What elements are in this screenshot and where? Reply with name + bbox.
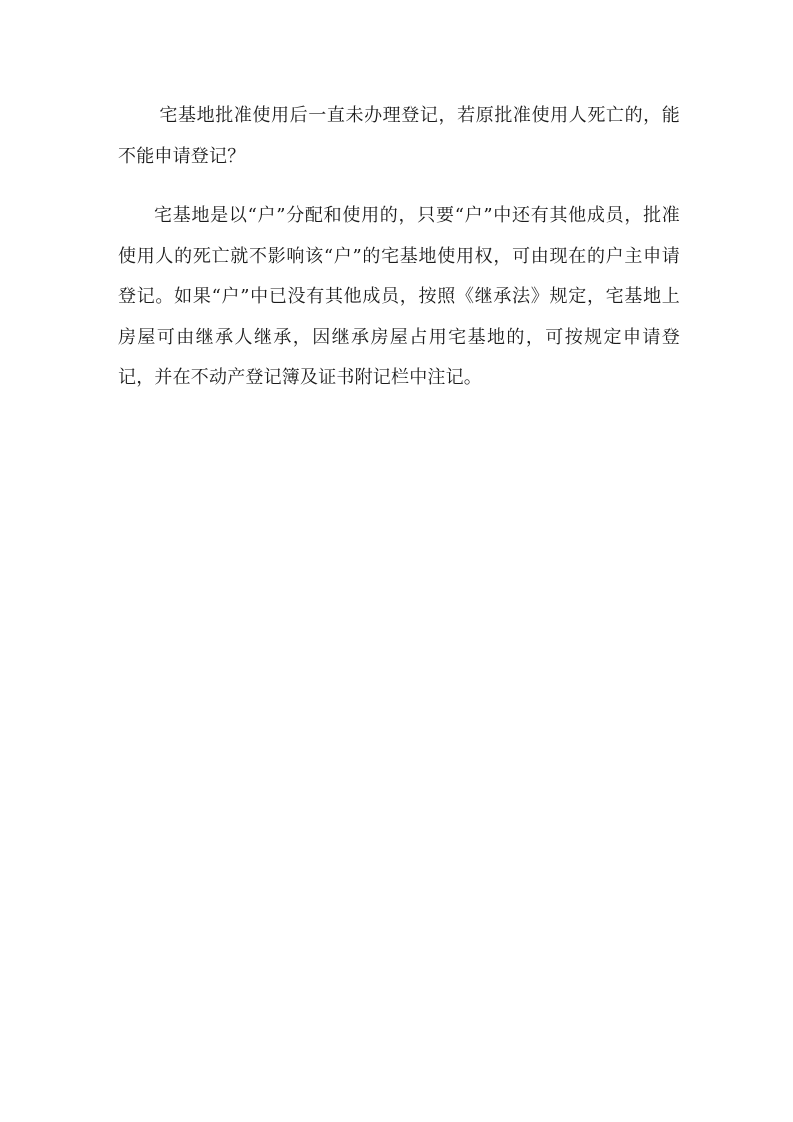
document-page: 宅基地批准使用后一直未办理登记，若原批准使用人死亡的，能不能申请登记？ 宅基地是… — [118, 96, 680, 399]
answer-paragraph: 宅基地是以“户”分配和使用的，只要“户”中还有其他成员，批准使用人的死亡就不影响… — [118, 196, 680, 399]
question-paragraph: 宅基地批准使用后一直未办理登记，若原批准使用人死亡的，能不能申请登记？ — [118, 96, 680, 177]
